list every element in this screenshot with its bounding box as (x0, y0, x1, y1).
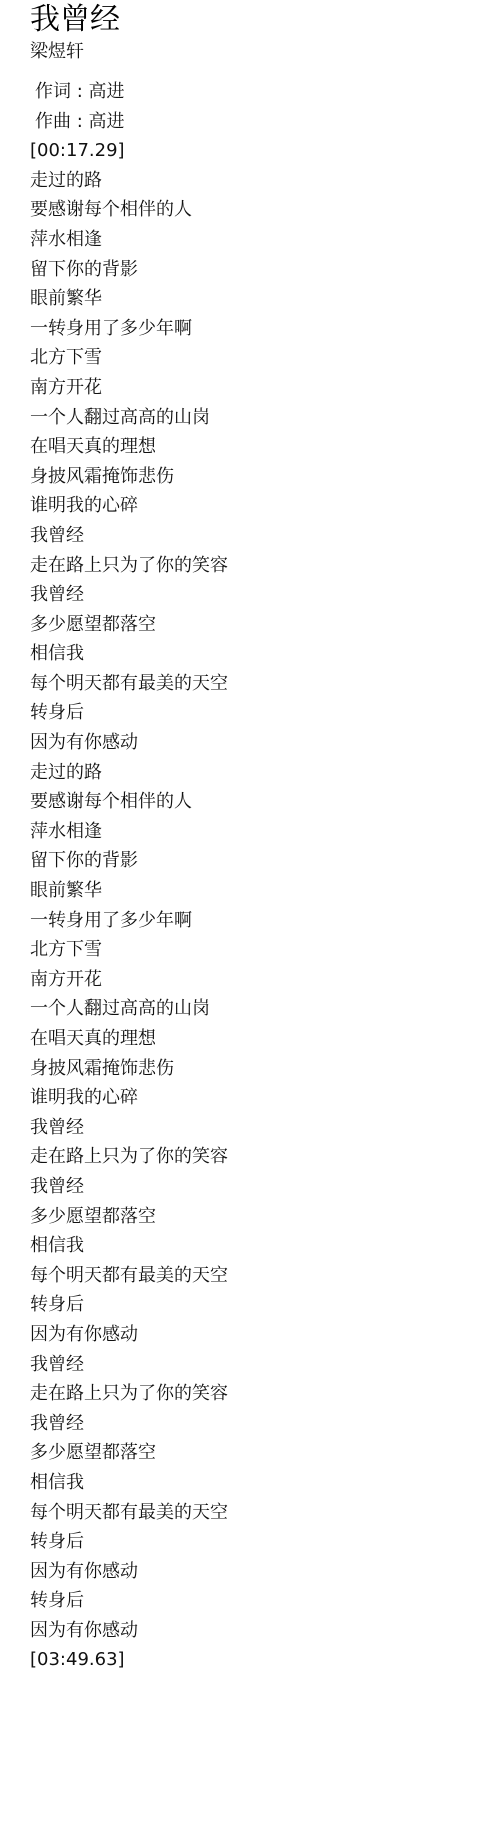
lyric-line: 身披风霜掩饰悲伤 (30, 1054, 500, 1084)
lyric-line: 北方下雪 (30, 343, 500, 373)
lyric-line: 我曾经 (30, 1409, 500, 1439)
lyric-line: 我曾经 (30, 1350, 500, 1380)
lyric-line: 每个明天都有最美的天空 (30, 669, 500, 699)
lyric-line: 一个人翻过高高的山岗 (30, 994, 500, 1024)
lyric-line: 我曾经 (30, 1113, 500, 1143)
lyric-line: 要感谢每个相伴的人 (30, 787, 500, 817)
lyric-line: 一转身用了多少年啊 (30, 314, 500, 344)
lyric-line: 留下你的背影 (30, 846, 500, 876)
artist-name: 梁煜轩 (30, 38, 500, 65)
lyric-line: 多少愿望都落空 (30, 1202, 500, 1232)
lyric-line: 萍水相逢 (30, 225, 500, 255)
lyric-line: 相信我 (30, 639, 500, 669)
lyric-line: 每个明天都有最美的天空 (30, 1498, 500, 1528)
lyric-line: 转身后 (30, 1586, 500, 1616)
lyric-line: 留下你的背影 (30, 255, 500, 285)
lyric-line: 转身后 (30, 698, 500, 728)
lyrics-list: 走过的路 要感谢每个相伴的人 萍水相逢 留下你的背影 眼前繁华 一转身用了多少年… (30, 166, 500, 1646)
lyric-line: 我曾经 (30, 1172, 500, 1202)
lyric-line: 南方开花 (30, 965, 500, 995)
end-timestamp: [03:49.63] (30, 1645, 500, 1675)
lyric-line: 谁明我的心碎 (30, 491, 500, 521)
lyric-line: 因为有你感动 (30, 1616, 500, 1646)
lyric-line: 走在路上只为了你的笑容 (30, 1379, 500, 1409)
lyric-line: 转身后 (30, 1527, 500, 1557)
lyric-line: 因为有你感动 (30, 1320, 500, 1350)
lyric-line: 南方开花 (30, 373, 500, 403)
lyric-line: 相信我 (30, 1468, 500, 1498)
song-title: 我曾经 (30, 0, 500, 38)
lyric-line: 眼前繁华 (30, 876, 500, 906)
lyric-line: 萍水相逢 (30, 817, 500, 847)
lyric-line: 谁明我的心碎 (30, 1083, 500, 1113)
lyric-line: 身披风霜掩饰悲伤 (30, 462, 500, 492)
lyric-line: 我曾经 (30, 580, 500, 610)
lyric-line: 北方下雪 (30, 935, 500, 965)
lyric-line: 每个明天都有最美的天空 (30, 1261, 500, 1291)
lyric-line: 眼前繁华 (30, 284, 500, 314)
credits: 作词 : 高进 作曲 : 高进 (30, 77, 500, 136)
lyric-line: 在唱天真的理想 (30, 432, 500, 462)
lyric-line: 因为有你感动 (30, 728, 500, 758)
lyric-line: 多少愿望都落空 (30, 610, 500, 640)
lyric-line: 在唱天真的理想 (30, 1024, 500, 1054)
credit-composer: 作曲 : 高进 (30, 107, 500, 137)
lyric-line: 要感谢每个相伴的人 (30, 195, 500, 225)
start-timestamp: [00:17.29] (30, 136, 500, 166)
lyric-line: 走在路上只为了你的笑容 (30, 1142, 500, 1172)
credit-lyricist: 作词 : 高进 (30, 77, 500, 107)
lyric-line: 因为有你感动 (30, 1557, 500, 1587)
lyric-line: 我曾经 (30, 521, 500, 551)
lyric-line: 一转身用了多少年啊 (30, 906, 500, 936)
lyric-line: 一个人翻过高高的山岗 (30, 403, 500, 433)
lyric-line: 多少愿望都落空 (30, 1438, 500, 1468)
lyric-line: 相信我 (30, 1231, 500, 1261)
lyric-line: 走在路上只为了你的笑容 (30, 551, 500, 581)
lyric-line: 转身后 (30, 1290, 500, 1320)
lyric-line: 走过的路 (30, 166, 500, 196)
lyrics-page: 我曾经 梁煜轩 作词 : 高进 作曲 : 高进 [00:17.29] 走过的路 … (0, 0, 500, 1840)
lyric-line: 走过的路 (30, 758, 500, 788)
